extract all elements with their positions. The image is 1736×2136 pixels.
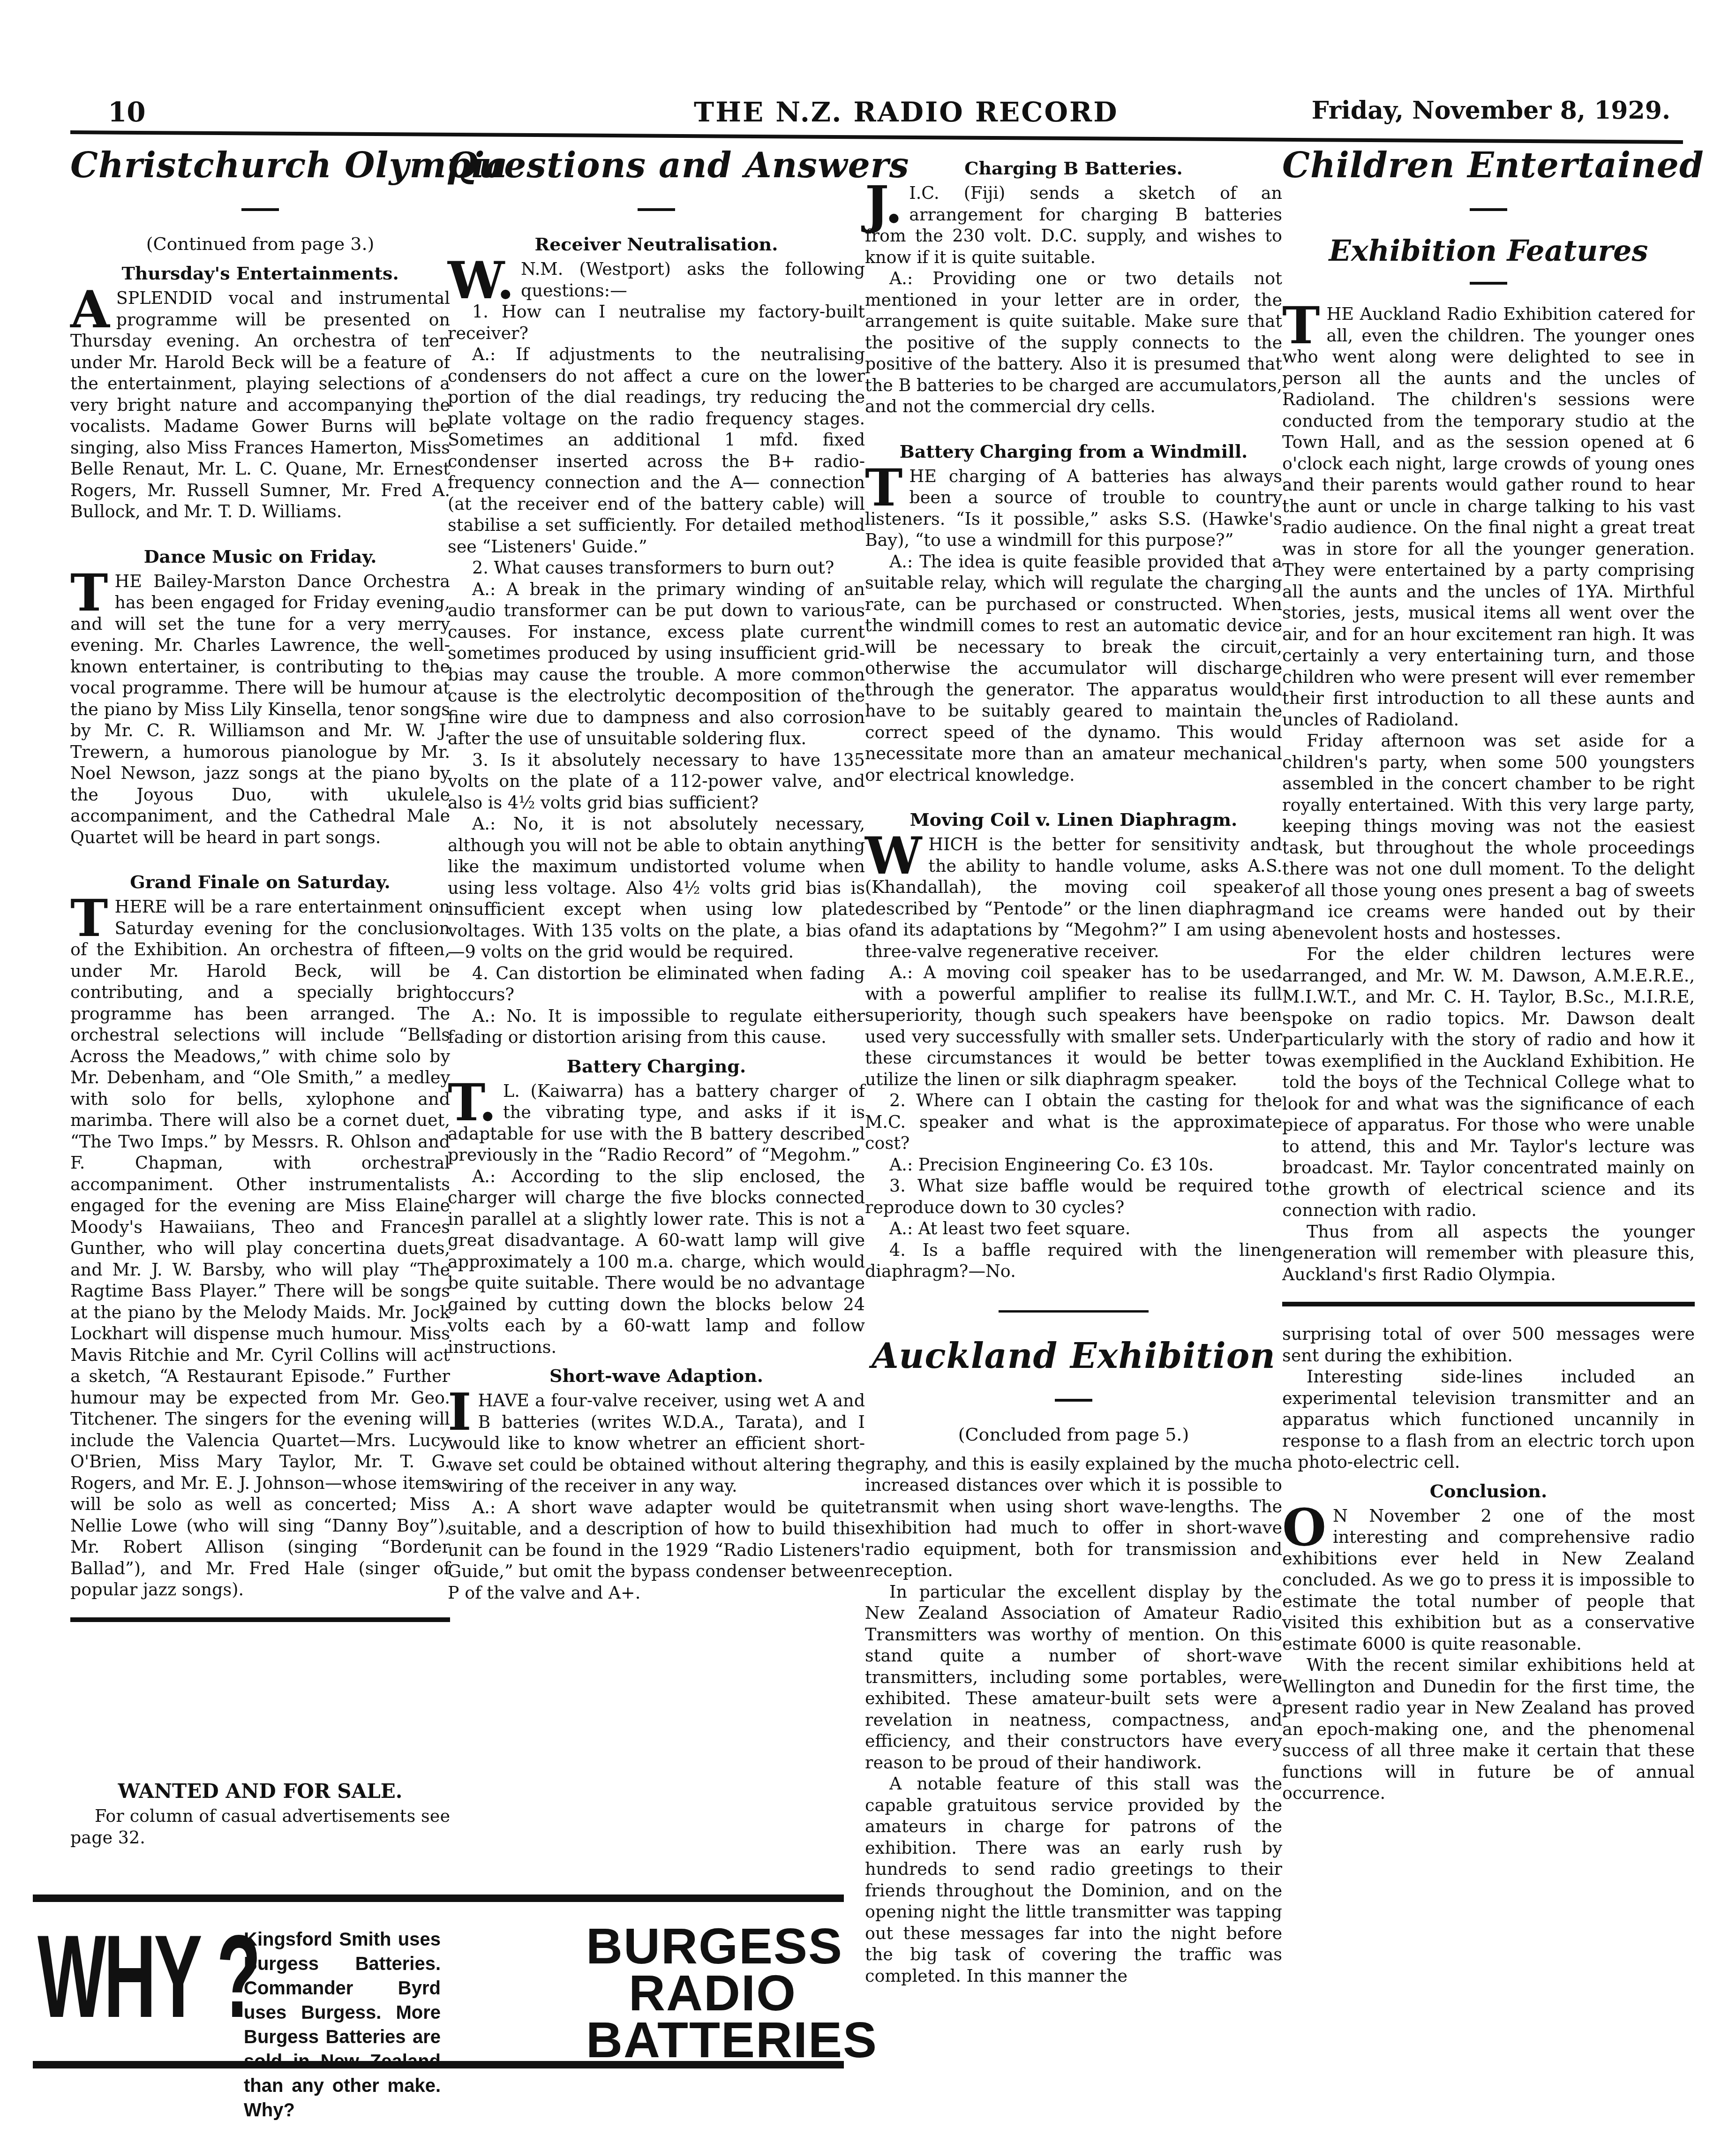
- drop-cap: T.: [448, 1083, 496, 1123]
- answer: A.: Precision Engineering Co. £3 10s.: [865, 1154, 1282, 1176]
- ad-body-text: Kingsford Smith uses Burgess Batteries. …: [244, 1927, 441, 2122]
- drop-cap: A: [70, 290, 110, 330]
- question: 3. What size baffle would be required to…: [865, 1175, 1282, 1218]
- answer: A.: If adjustments to the neutralising c…: [448, 344, 865, 557]
- drop-cap: J.: [865, 185, 902, 225]
- article-christchurch-olympia: Christchurch Olympia (Continued from pag…: [70, 145, 450, 1639]
- question-intro: WHICH is the better for sensitivity and …: [865, 834, 1282, 962]
- section-heading: Battery Charging from a Windmill.: [865, 441, 1282, 462]
- drop-cap: T: [1282, 306, 1320, 346]
- publication-title: THE N.Z. RADIO RECORD: [694, 96, 1119, 128]
- section-body: THE Bailey-Marston Dance Orchestra has b…: [70, 571, 450, 848]
- section-heading: Thursday's Entertainments.: [70, 263, 450, 284]
- answer: A.: A break in the primary winding of an…: [448, 579, 865, 749]
- section-body: ASPLENDID vocal and instrumental program…: [70, 287, 450, 522]
- ad-brand-line: BURGESS: [586, 1923, 839, 1970]
- section-heading: Dance Music on Friday.: [70, 546, 450, 567]
- answer: A.: No. It is impossible to regulate eit…: [448, 1005, 865, 1048]
- ad-brand-line: RADIO: [586, 1970, 839, 2016]
- article-title: Christchurch Olympia: [70, 145, 450, 186]
- section-body: THERE will be a rare entertainment on Sa…: [70, 896, 450, 1600]
- issue-date: Friday, November 8, 1929.: [1312, 96, 1670, 125]
- section-rule: [999, 1310, 1149, 1313]
- question-intro: J.I.C. (Fiji) sends a sketch of an arran…: [865, 182, 1282, 268]
- question-answer: 4. Is a baffle required with the linen d…: [865, 1239, 1282, 1282]
- section-rule: [1282, 1302, 1695, 1306]
- section-heading: Moving Coil v. Linen Diaphragm.: [865, 809, 1282, 830]
- question: 4. Can distortion be eliminated when fad…: [448, 963, 865, 1005]
- ad-why-headline: WHY ?: [38, 1923, 259, 2030]
- article-body-continued: Interesting side-lines included an exper…: [1282, 1366, 1695, 1473]
- question: 3. Is it absolutely necessary to have 13…: [448, 749, 865, 814]
- concluded-note: (Concluded from page 5.): [865, 1424, 1282, 1445]
- answer: A.: A short wave adapter would be quite …: [448, 1497, 865, 1604]
- question-intro: T.L. (Kaiwarra) has a battery charger of…: [448, 1080, 865, 1166]
- article-body: In particular the excellent display by t…: [865, 1581, 1282, 1774]
- drop-cap: O: [1282, 1508, 1326, 1547]
- answer: A.: Providing one or two details not men…: [865, 268, 1282, 417]
- continued-note: (Continued from page 3.): [70, 234, 450, 254]
- drop-cap: T: [70, 574, 108, 613]
- title-dash: [1055, 1399, 1092, 1402]
- article-body: For the elder children lectures were arr…: [1282, 943, 1695, 1221]
- ad-brand-block: BURGESS RADIO BATTERIES: [586, 1923, 839, 2063]
- question-intro: IHAVE a four-valve receiver, using wet A…: [448, 1390, 865, 1497]
- column-three: Charging B Batteries. J.I.C. (Fiji) send…: [865, 150, 1282, 1986]
- article-body: ON November 2 one of the most interestin…: [1282, 1505, 1695, 1655]
- article-body: With the recent similar exhibitions held…: [1282, 1654, 1695, 1804]
- answer: A.: No, it is not absolutely necessary, …: [448, 813, 865, 963]
- article-title: Auckland Exhibition: [865, 1336, 1282, 1376]
- answer: A.: According to the slip enclosed, the …: [448, 1166, 865, 1358]
- answer: A.: The idea is quite feasible provided …: [865, 551, 1282, 786]
- answer: A.: A moving coil speaker has to be used…: [865, 962, 1282, 1090]
- article-body: Friday afternoon was set aside for a chi…: [1282, 730, 1695, 943]
- article-body: A notable feature of this stall was the …: [865, 1773, 1282, 1986]
- newspaper-page: 10 THE N.Z. RADIO RECORD Friday, Novembe…: [0, 0, 1736, 2136]
- question: 2. Where can I obtain the casting for th…: [865, 1090, 1282, 1154]
- notice-heading: WANTED AND FOR SALE.: [70, 1780, 450, 1803]
- article-body: Thus from all aspects the younger genera…: [1282, 1221, 1695, 1285]
- section-rule: [70, 1617, 450, 1622]
- drop-cap: T: [865, 468, 902, 508]
- subtitle-dash: [1470, 282, 1507, 285]
- article-title: Children Entertained: [1282, 145, 1695, 186]
- title-dash: [1470, 208, 1507, 211]
- ad-rule-bottom: [33, 2061, 844, 2068]
- page-number: 10: [108, 96, 146, 128]
- title-dash: [241, 208, 279, 211]
- section-heading: Grand Finale on Saturday.: [70, 871, 450, 892]
- article-body: graphy, and this is easily explained by …: [865, 1453, 1282, 1581]
- article-subtitle: Exhibition Features: [1282, 234, 1695, 268]
- article-body: THE Auckland Radio Exhibition catered fo…: [1282, 303, 1695, 730]
- title-dash: [638, 208, 675, 211]
- question-intro: W.N.M. (Westport) asks the following que…: [448, 258, 865, 301]
- drop-cap: T: [70, 899, 108, 938]
- article-questions-answers: Questions and Answers Receiver Neutralis…: [448, 145, 865, 1603]
- drop-cap: I: [448, 1393, 472, 1432]
- article-title: Questions and Answers: [448, 145, 865, 186]
- question: 2. What causes transformers to burn out?: [448, 557, 865, 579]
- wanted-for-sale-notice: WANTED AND FOR SALE. For column of casua…: [70, 1780, 450, 1848]
- answer: A.: At least two feet square.: [865, 1218, 1282, 1239]
- notice-body: For column of casual advertisements see …: [70, 1805, 450, 1848]
- question: 1. How can I neutralise my factory-built…: [448, 301, 865, 344]
- section-heading: Battery Charging.: [448, 1056, 865, 1077]
- article-children-entertained: Children Entertained Exhibition Features…: [1282, 145, 1695, 1804]
- section-heading: Short-wave Adaption.: [448, 1365, 865, 1386]
- section-heading: Charging B Batteries.: [865, 158, 1282, 179]
- burgess-advertisement: WHY ? Kingsford Smith uses Burgess Batte…: [33, 1894, 844, 2073]
- question-intro: THE charging of A batteries has always b…: [865, 466, 1282, 551]
- ad-brand-line: BATTERIES: [586, 2016, 839, 2063]
- section-heading: Conclusion.: [1282, 1480, 1695, 1502]
- drop-cap: W: [865, 837, 922, 876]
- ad-rule-top: [33, 1894, 844, 1902]
- article-body-continued: surprising total of over 500 messages we…: [1282, 1323, 1695, 1366]
- drop-cap: W.: [448, 261, 514, 301]
